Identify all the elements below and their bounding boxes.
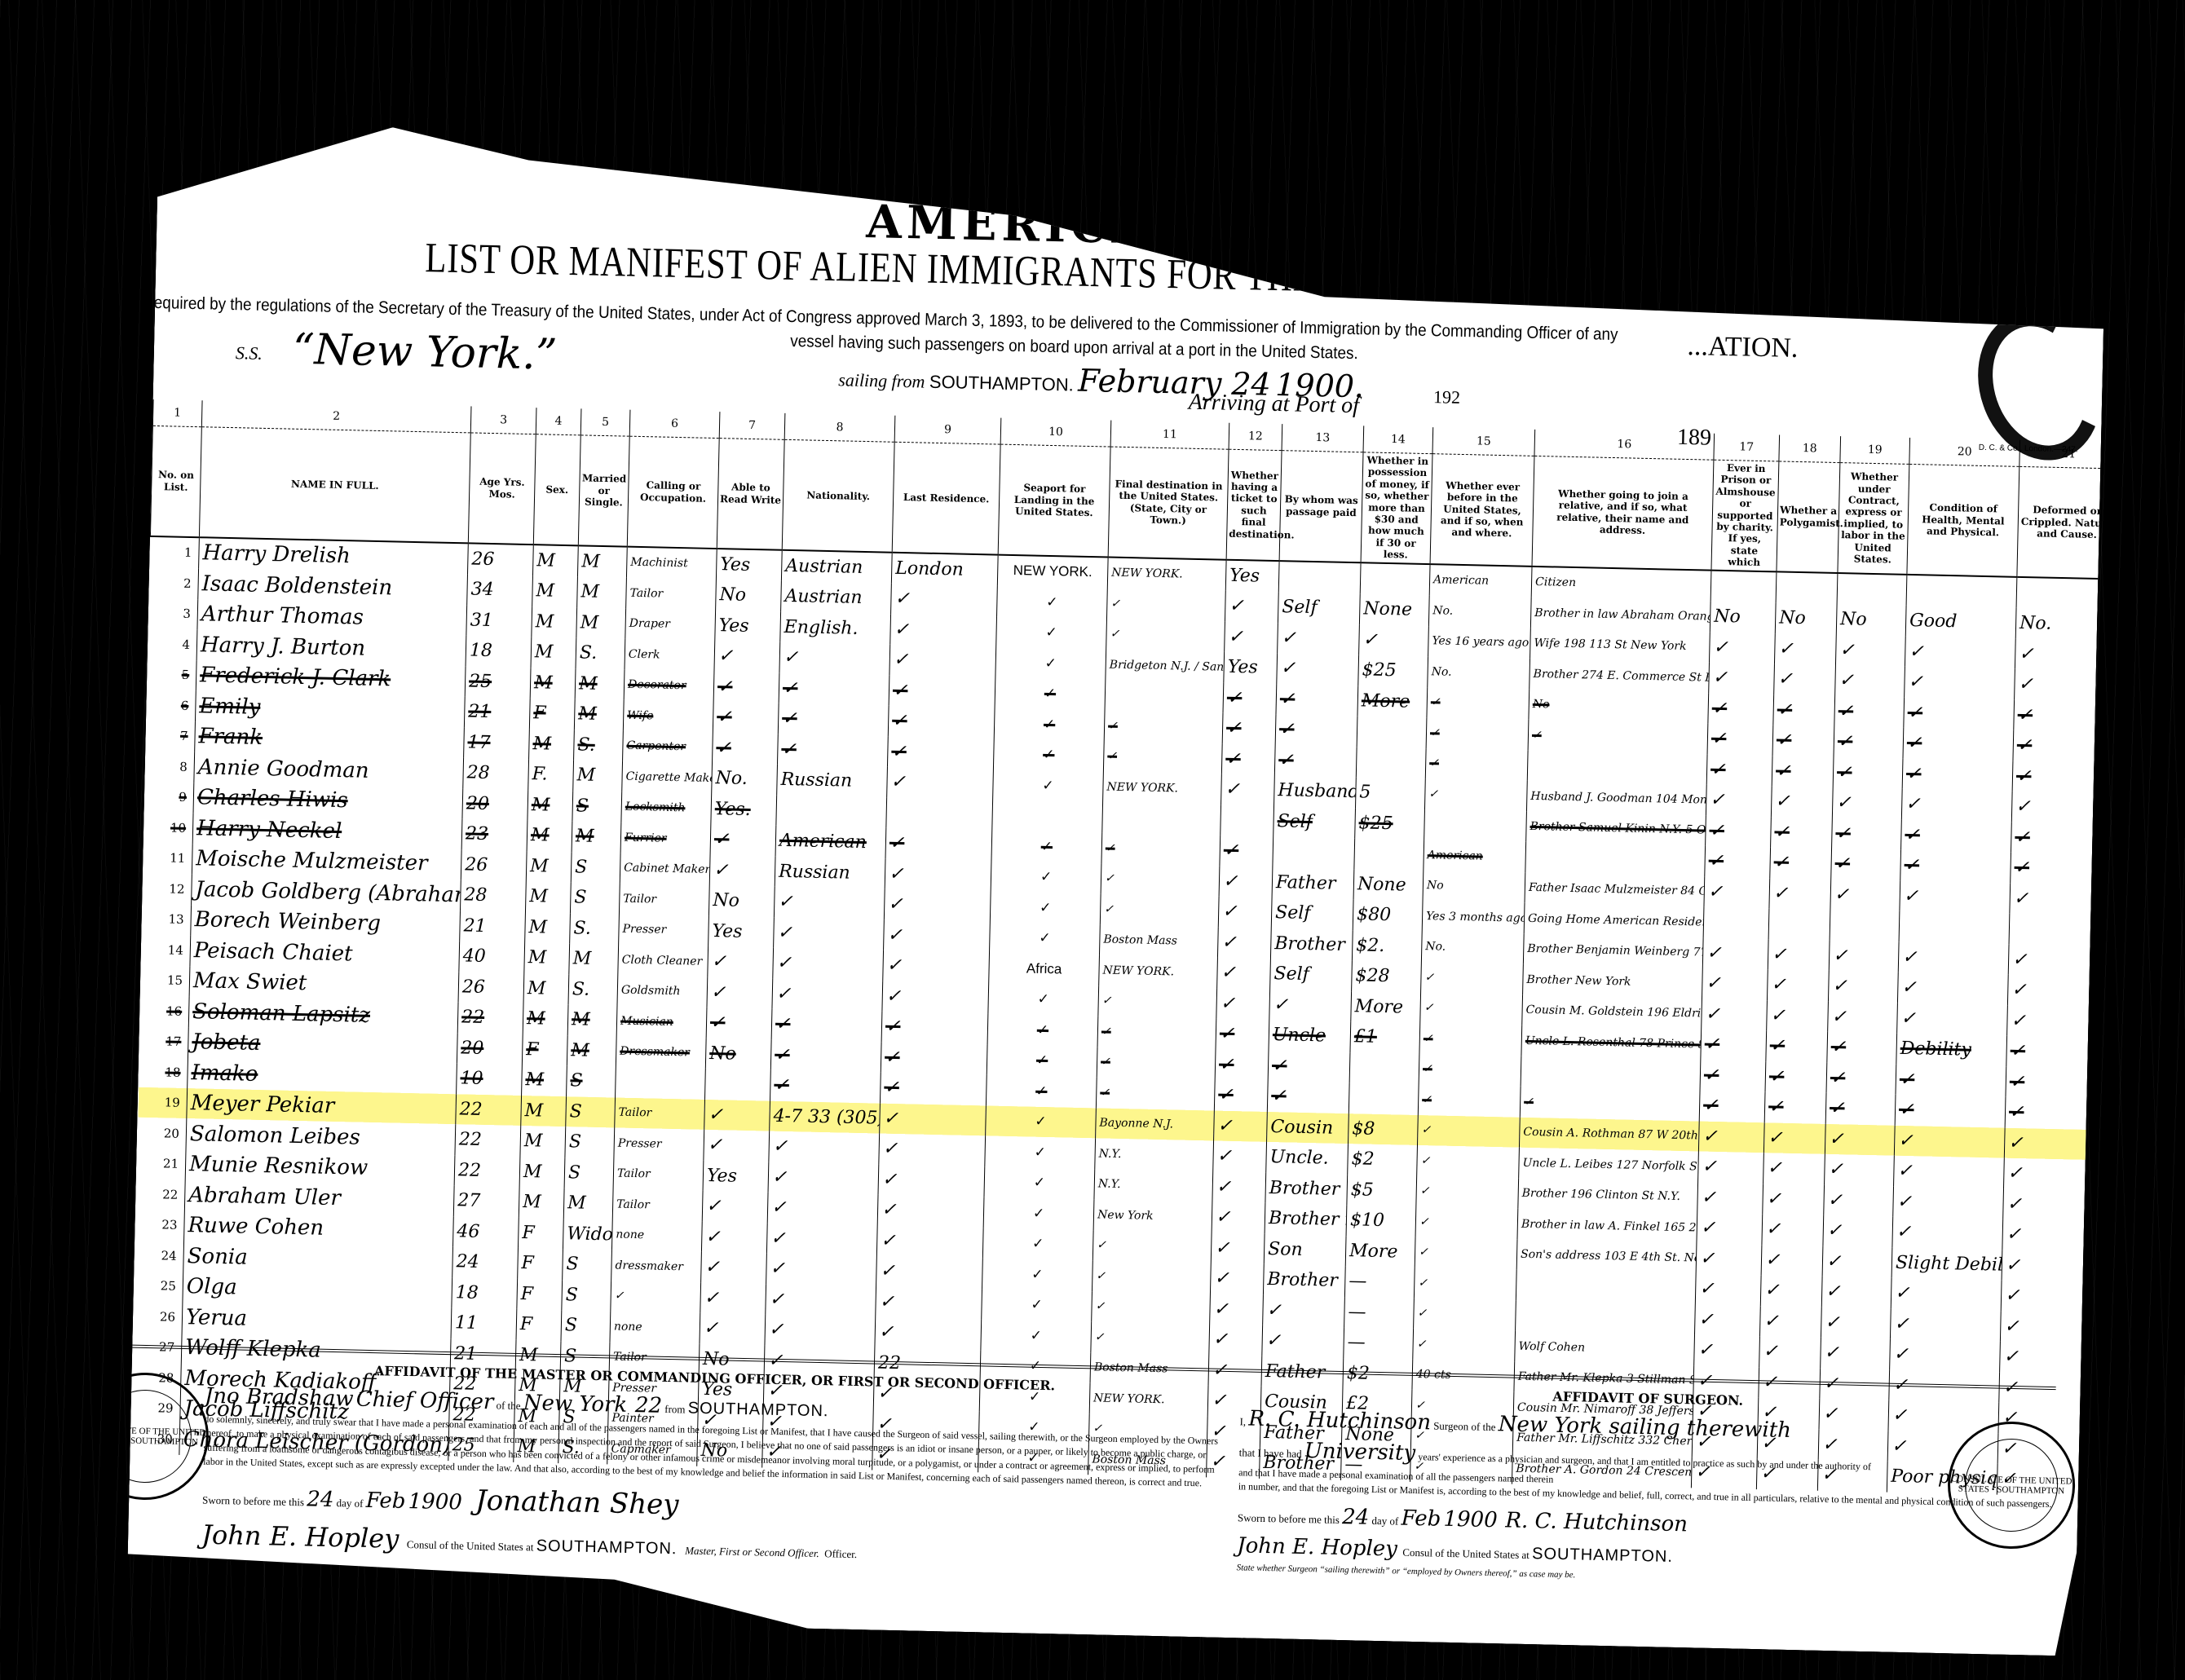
polygamist-cell: ✓ (1759, 1336, 1821, 1368)
column-header: Final destination in the United States. … (1108, 447, 1229, 559)
health-cell: ✓ (1904, 697, 2015, 730)
column-number: 17 (1714, 434, 1780, 461)
joining-relative-cell (1527, 750, 1707, 784)
previously-in-us-cell: Yes 16 years ago (1428, 626, 1531, 659)
read-write-cell: ✓ (713, 702, 779, 734)
column-header: Whether going to join a relative, and if… (1532, 456, 1714, 570)
money-cell: More (1345, 1236, 1415, 1268)
ticket-cell: ✓ (1213, 1141, 1267, 1173)
joining-relative-cell (1516, 1300, 1696, 1334)
surgeon-consul-port: SOUTHAMPTON. (1532, 1545, 1673, 1566)
occupation-cell: none (610, 1311, 700, 1343)
ticket-cell: ✓ (1218, 897, 1272, 928)
nationality-cell: American (775, 826, 886, 858)
passage-paid-cell: ✓ (1275, 714, 1357, 747)
sex-cell: M (532, 606, 577, 638)
column-header: Calling or Occupation. (627, 436, 719, 548)
final-destination-cell: ✓ (1091, 1321, 1210, 1355)
polygamist-cell: ✓ (1764, 1091, 1826, 1123)
last-residence-cell: ✓ (888, 706, 995, 739)
passage-paid-cell: Uncle (1269, 1020, 1351, 1052)
column-number: 16 (1534, 430, 1715, 460)
master-sworn-year: 1900 (408, 1490, 462, 1515)
marital-status-cell: M (574, 699, 624, 730)
ticket-cell: ✓ (1217, 958, 1271, 990)
marital-status-cell: S (572, 791, 622, 822)
sailing-from-port: SOUTHAMPTON. (929, 372, 1074, 395)
column-header: Whether ever before in the United States… (1430, 454, 1534, 567)
passage-paid-cell: Self (1270, 959, 1353, 991)
final-destination-cell: N.Y. (1095, 1138, 1214, 1171)
joining-relative-cell: ✓ (1528, 720, 1708, 754)
health-cell: ✓ (1891, 1278, 2002, 1311)
ticket-cell: ✓ (1209, 1324, 1263, 1356)
joining-relative-cell: Brother 274 E. Commerce St Bridgeton N.J… (1529, 659, 1710, 693)
nationality-cell: 4-7 33 (305) 6/24/31 (770, 1100, 881, 1133)
health-cell: ✓ (1892, 1217, 2003, 1250)
previously-in-us-cell: American (1429, 564, 1532, 597)
occupation-cell: none (611, 1219, 702, 1252)
row-number: 21 (136, 1148, 186, 1180)
seaport-cell: ✓ (990, 891, 1101, 924)
joining-relative-cell: Brother 196 Clinton St N.Y. (1518, 1178, 1698, 1212)
polygamist-cell: No (1775, 602, 1837, 634)
read-write-cell: ✓ (701, 1221, 767, 1253)
contract-cell: ✓ (1833, 757, 1903, 789)
money-cell: None (1353, 869, 1424, 901)
previously-in-us-cell: No. (1428, 656, 1530, 689)
sex-cell: F (518, 1217, 563, 1249)
money-cell (1360, 562, 1430, 595)
sex-cell: F (516, 1309, 562, 1341)
column-number: 19 (1840, 436, 1910, 464)
health-cell: ✓ (1905, 636, 2015, 668)
seaport-cell: ✓ (993, 769, 1104, 802)
money-cell (1349, 1052, 1419, 1084)
contract-cell: ✓ (1829, 940, 1899, 972)
read-write-cell: ✓ (714, 641, 780, 672)
joining-relative-cell: Brother Samuel Kinin N.Y. 5 Orchard St (1526, 811, 1706, 845)
contract-cell: ✓ (1827, 1032, 1897, 1064)
passage-paid-cell (1273, 836, 1355, 869)
final-destination-cell: ✓ (1092, 1291, 1211, 1325)
column-header: Age Yrs. Mos. (468, 433, 536, 545)
prison-cell: ✓ (1704, 876, 1770, 908)
health-cell (1906, 574, 2017, 607)
master-ship: New York (523, 1391, 628, 1418)
prison-cell: ✓ (1697, 1182, 1763, 1214)
master-consul-label: Consul of the United States at (407, 1538, 534, 1553)
money-cell: 5 (1356, 777, 1426, 809)
age-cell: 26 (467, 543, 533, 575)
contract-cell: ✓ (1824, 1184, 1894, 1216)
joining-relative-cell: Cousin M. Goldstein 196 Eldridge St N.Y. (1522, 994, 1702, 1029)
contract-cell: No (1836, 604, 1906, 636)
nationality-cell: ✓ (779, 672, 889, 705)
money-cell: $80 (1353, 899, 1423, 931)
surgeon-signature: R. C. Hutchinson (1505, 1509, 1688, 1537)
passage-paid-cell: ✓ (1269, 989, 1352, 1021)
occupation-cell: Dressmaker (616, 1036, 706, 1069)
row-number: 1 (150, 536, 200, 568)
occupation-cell: dressmaker (611, 1250, 702, 1282)
nationality-cell: Austrian (781, 549, 892, 583)
nationality-cell: ✓ (774, 887, 885, 919)
nationality-cell: ✓ (767, 1193, 878, 1225)
nationality-cell: ✓ (774, 917, 885, 950)
last-residence-cell: ✓ (875, 1317, 982, 1350)
occupation-cell: ✓ (611, 1281, 701, 1313)
contract-cell: ✓ (1834, 696, 1905, 728)
seaport-cell: ✓ (988, 983, 1099, 1016)
final-destination-cell (1102, 802, 1221, 836)
joining-relative-cell: Going Home American Resident (1524, 903, 1704, 937)
final-destination-cell: ✓ (1092, 1230, 1212, 1263)
master-sworn-label: Sworn to before me this (202, 1494, 304, 1509)
seaport-cell: ✓ (984, 1166, 1095, 1199)
polygamist-cell: ✓ (1770, 847, 1832, 879)
contract-cell: ✓ (1825, 1093, 1896, 1125)
last-residence-cell: ✓ (885, 858, 991, 891)
nationality-cell: Austrian (781, 581, 892, 614)
ticket-cell: ✓ (1211, 1232, 1265, 1264)
marital-status-cell: M (567, 1035, 616, 1067)
passage-paid-cell: ✓ (1262, 1325, 1344, 1358)
health-cell: ✓ (1894, 1125, 2005, 1157)
read-write-cell: No (716, 580, 782, 611)
column-header: Last Residence. (892, 442, 1000, 554)
joining-relative-cell: Uncle L. Leibes 127 Norfolk St N.Y. (1519, 1148, 1699, 1182)
last-residence-cell: ✓ (889, 675, 995, 708)
master-day-of: day of (336, 1497, 363, 1510)
sex-cell: M (521, 1095, 567, 1127)
row-number: 14 (141, 934, 191, 966)
sex-cell: M (527, 820, 572, 852)
sex-cell: M (524, 942, 570, 974)
master-count: 22 (635, 1393, 663, 1418)
occupation-cell: Machinist (626, 546, 717, 580)
prison-cell: ✓ (1698, 1121, 1764, 1153)
sex-cell: M (520, 1126, 566, 1157)
sex-cell: M (529, 729, 575, 761)
final-destination-cell: Bridgeton N.J. / San Francisco Cal. (1106, 650, 1225, 683)
seaport-cell: ✓ (987, 1044, 1097, 1077)
passage-paid-cell: Brother (1263, 1264, 1345, 1297)
contract-cell: ✓ (1825, 1123, 1895, 1155)
passage-paid-cell: Self (1271, 897, 1353, 930)
occupation-cell: Wife (623, 700, 713, 733)
last-residence-cell: ✓ (878, 1164, 985, 1197)
joining-relative-cell: Brother in law Abraham Orange 159 Essex … (1530, 597, 1710, 632)
joining-relative-cell: Brother New York (1523, 964, 1703, 999)
passage-paid-cell: ✓ (1267, 1081, 1349, 1113)
sex-cell: M (519, 1156, 565, 1188)
row-number: 22 (135, 1179, 185, 1210)
ticket-cell: ✓ (1221, 774, 1275, 806)
passage-paid-cell: Husband (1274, 775, 1357, 808)
surgeon-body1: years' experience as a physician and sur… (1418, 1451, 1871, 1472)
prison-cell: ✓ (1694, 1304, 1760, 1336)
age-cell: 46 (452, 1216, 519, 1248)
money-cell: $10 (1346, 1205, 1416, 1237)
master-of-the: of the (496, 1400, 520, 1413)
occupation-cell: Tailor (613, 1158, 704, 1191)
polygamist-cell: ✓ (1773, 694, 1835, 726)
occupation-cell (616, 1067, 706, 1100)
sex-cell: M (530, 668, 576, 699)
passage-paid-cell: Brother in law (1265, 1203, 1347, 1236)
occupation-cell: Draper (625, 608, 716, 641)
heading-partial-right: ...ATION. (1687, 331, 1799, 364)
money-cell: More (1351, 991, 1421, 1023)
seaport-cell: ✓ (996, 616, 1107, 649)
polygamist-cell: ✓ (1774, 664, 1836, 695)
nationality-cell: ✓ (770, 1039, 881, 1072)
nationality-cell: Russian (777, 765, 888, 797)
read-write-cell: ✓ (704, 1130, 770, 1162)
polygamist-cell: ✓ (1765, 1061, 1827, 1093)
marital-status-cell: S (561, 1310, 611, 1342)
age-cell: 24 (452, 1246, 519, 1278)
nationality-cell: Russian (775, 856, 885, 889)
age-cell: 18 (452, 1277, 518, 1309)
passage-paid-cell: ✓ (1274, 745, 1357, 778)
master-from-port: SOUTHAMPTON. (688, 1400, 829, 1421)
column-number: 10 (1000, 418, 1111, 447)
previously-in-us-cell: ✓ (1414, 1298, 1516, 1330)
master-consul-signature: John E. Hopley (201, 1519, 399, 1554)
joining-relative-cell: Uncle L. Rosenthal 78 Prince St Newark N… (1521, 1025, 1702, 1060)
occupation-cell: Cloth Cleaner (618, 945, 708, 977)
read-write-cell: ✓ (701, 1252, 767, 1284)
final-destination-cell: ✓ (1100, 893, 1219, 927)
prison-cell: ✓ (1707, 724, 1773, 756)
previously-in-us-cell: No. (1428, 595, 1531, 628)
contract-cell: ✓ (1821, 1277, 1891, 1308)
master-officer-sub: Master, First or Second Officer. (685, 1544, 819, 1559)
marital-status-cell: S. (576, 637, 625, 669)
read-write-cell: ✓ (710, 824, 776, 856)
health-cell: ✓ (1898, 941, 2009, 974)
previously-in-us-cell: ✓ (1421, 962, 1524, 994)
sex-cell: F (517, 1278, 563, 1310)
marital-status-cell: S (566, 1096, 616, 1128)
manifest-sheet: AMERICAN LIST OR MANIFEST OF ALIEN IMMIG… (126, 122, 2107, 1656)
money-cell: $5 (1347, 1175, 1417, 1206)
read-write-cell: ✓ (706, 1008, 772, 1039)
health-cell: ✓ (1890, 1339, 2001, 1372)
polygamist-cell: ✓ (1772, 725, 1834, 756)
marital-status-cell: S (570, 882, 620, 914)
seaport-cell: ✓ (991, 831, 1102, 863)
ticket-cell: ✓ (1225, 621, 1278, 653)
final-destination-cell: ✓ (1103, 741, 1222, 774)
sex-cell: F (522, 1034, 567, 1066)
prison-cell: ✓ (1705, 846, 1771, 878)
health-cell: Debility (1896, 1034, 2007, 1066)
sex-cell: M (527, 790, 573, 822)
passage-paid-cell: Self (1273, 806, 1356, 839)
final-destination-cell: ✓ (1097, 1016, 1216, 1049)
contract-cell: ✓ (1823, 1215, 1893, 1247)
final-destination-cell: ✓ (1106, 589, 1225, 622)
final-destination-cell: ✓ (1104, 710, 1223, 743)
previously-in-us-cell: ✓ (1419, 1054, 1521, 1087)
previously-in-us-cell: ✓ (1426, 717, 1529, 750)
final-destination-cell: Boston Mass (1099, 924, 1218, 958)
passage-paid-cell: ✓ (1278, 623, 1360, 655)
money-cell: $2 (1348, 1144, 1418, 1175)
occupation-cell: Musician (616, 1006, 707, 1038)
sex-cell: M (519, 1187, 564, 1219)
ticket-cell: ✓ (1223, 682, 1277, 714)
health-cell: ✓ (1900, 880, 2011, 913)
surgeon-consul-label: Consul of the United States at (1402, 1546, 1529, 1561)
prison-cell: ✓ (1701, 1030, 1767, 1061)
nationality-cell: ✓ (777, 734, 888, 766)
prison-cell: ✓ (1694, 1334, 1760, 1366)
previously-in-us-cell: ✓ (1415, 1237, 1517, 1269)
final-destination-cell: NEW YORK. (1107, 557, 1226, 591)
prison-cell: ✓ (1709, 632, 1775, 664)
column-header: Seaport for Landing in the United States… (998, 444, 1110, 557)
polygamist-cell (1776, 571, 1838, 604)
age-cell: 18 (466, 635, 532, 667)
money-cell (1357, 716, 1427, 747)
occupation-cell: Locksmith (621, 791, 712, 824)
joining-relative-cell: Wife 198 113 St New York (1530, 628, 1710, 662)
final-destination-cell: NEW YORK. (1103, 771, 1222, 805)
health-cell (1899, 911, 2010, 944)
column-number: 13 (1282, 424, 1364, 452)
joining-relative-cell: Citizen (1531, 566, 1711, 601)
surgeon-of-label: Surgeon of the (1433, 1420, 1496, 1434)
polygamist-cell: ✓ (1766, 1030, 1828, 1062)
money-cell: — (1344, 1266, 1415, 1298)
contract-cell (1830, 910, 1900, 941)
column-header: Ever in Prison or Almshouse or supported… (1711, 460, 1779, 571)
age-cell: 26 (458, 972, 524, 1003)
affidavit-master: AFFIDAVIT OF THE MASTER OR COMMANDING OF… (201, 1358, 1225, 1576)
read-write-cell: No (708, 885, 775, 917)
prison-cell: ✓ (1697, 1212, 1763, 1244)
column-header: Sex. (533, 434, 580, 545)
master-consul-port: SOUTHAMPTON. (536, 1537, 677, 1558)
passage-paid-cell: ✓ (1263, 1294, 1345, 1327)
health-cell: ✓ (1901, 789, 2012, 822)
last-residence-cell: ✓ (879, 1134, 986, 1166)
ticket-cell: ✓ (1212, 1202, 1265, 1234)
surgeon-sworn-year: 1900 (1443, 1507, 1498, 1532)
read-write-cell: Yes (716, 549, 782, 581)
ticket-cell: ✓ (1222, 713, 1276, 745)
row-number: 5 (147, 659, 196, 690)
sex-cell: M (531, 637, 576, 668)
row-number: 26 (133, 1301, 183, 1333)
nationality-cell: ✓ (779, 642, 890, 675)
seaport-cell: NEW YORK. (997, 554, 1108, 588)
master-from-label: from (664, 1403, 686, 1416)
ticket-cell: ✓ (1215, 1049, 1269, 1081)
polygamist-cell: ✓ (1763, 1153, 1825, 1184)
column-header: No. on List. (150, 426, 201, 536)
marital-status-cell: M (572, 821, 621, 853)
column-header: Able to Read Write (717, 439, 784, 550)
row-number: 8 (145, 751, 195, 783)
health-cell: ✓ (1901, 819, 2012, 852)
read-write-cell: Yes (708, 915, 775, 947)
occupation-cell: Presser (614, 1127, 704, 1160)
last-residence-cell: ✓ (881, 1012, 988, 1044)
health-cell: ✓ (1903, 728, 2014, 761)
marital-status-cell: S. (570, 913, 620, 945)
column-header: By whom was passage paid (1279, 451, 1363, 562)
occupation-cell: Carpenter (623, 730, 713, 763)
previously-in-us-cell: ✓ (1414, 1268, 1516, 1300)
nationality-cell: ✓ (766, 1223, 877, 1255)
passenger-table: 123456789101112131415161718192021 No. on… (130, 399, 2185, 1499)
last-residence-cell: London (891, 552, 998, 585)
last-residence-cell: ✓ (890, 614, 997, 646)
read-write-cell: ✓ (713, 733, 779, 765)
seaport-cell: ✓ (986, 1105, 1097, 1138)
occupation-cell: Tailor (626, 578, 717, 611)
row-number: 13 (142, 903, 192, 935)
row-number: 10 (143, 812, 193, 844)
health-cell: ✓ (1894, 1156, 2005, 1188)
age-cell: 22 (455, 1124, 521, 1156)
previously-in-us-cell: No. (1421, 932, 1524, 964)
passage-paid-cell: ✓ (1268, 1050, 1350, 1083)
marital-status-cell: S (571, 852, 620, 884)
marital-status-cell: M (577, 576, 627, 608)
prison-cell (1703, 907, 1769, 939)
passage-paid-cell: Father (1272, 867, 1354, 900)
sex-cell: M (532, 545, 578, 577)
column-header: Whether in possession of money, if so, w… (1361, 452, 1432, 564)
read-write-cell: ✓ (700, 1282, 766, 1314)
column-number: 12 (1229, 423, 1282, 451)
nationality-cell: ✓ (768, 1162, 879, 1194)
marital-status-cell: S (563, 1249, 612, 1281)
contract-cell: ✓ (1822, 1246, 1892, 1277)
polygamist-cell: ✓ (1767, 969, 1829, 1001)
seaport-cell: ✓ (997, 586, 1108, 619)
health-cell: ✓ (1890, 1308, 2001, 1341)
age-cell: 31 (466, 605, 532, 637)
last-residence-cell: ✓ (876, 1256, 983, 1289)
joining-relative-cell: Cousin A. Rothman 87 W 20th St Bayonne (1519, 1117, 1699, 1151)
master-sworn-month: Feb (365, 1488, 405, 1514)
read-write-cell: ✓ (707, 977, 773, 1008)
money-cell: $8 (1349, 1113, 1419, 1145)
prison-cell: ✓ (1700, 1060, 1766, 1091)
marital-status-cell: M (569, 943, 619, 975)
money-cell: More (1357, 686, 1428, 717)
prison-cell: ✓ (1698, 1152, 1764, 1184)
occupation-cell: Goldsmith (617, 975, 708, 1008)
column-header: Whether under Contract, express or impli… (1838, 463, 1909, 575)
master-signer: Jno Bradshaw (205, 1384, 354, 1412)
ticket-cell: ✓ (1212, 1171, 1266, 1203)
health-cell: ✓ (1900, 850, 2011, 883)
last-residence-cell: ✓ (889, 645, 996, 677)
column-number: 6 (629, 410, 720, 439)
row-number: 18 (139, 1056, 188, 1088)
health-cell: ✓ (1895, 1095, 2006, 1127)
age-cell: 22 (457, 1002, 523, 1034)
read-write-cell: ✓ (702, 1191, 768, 1223)
